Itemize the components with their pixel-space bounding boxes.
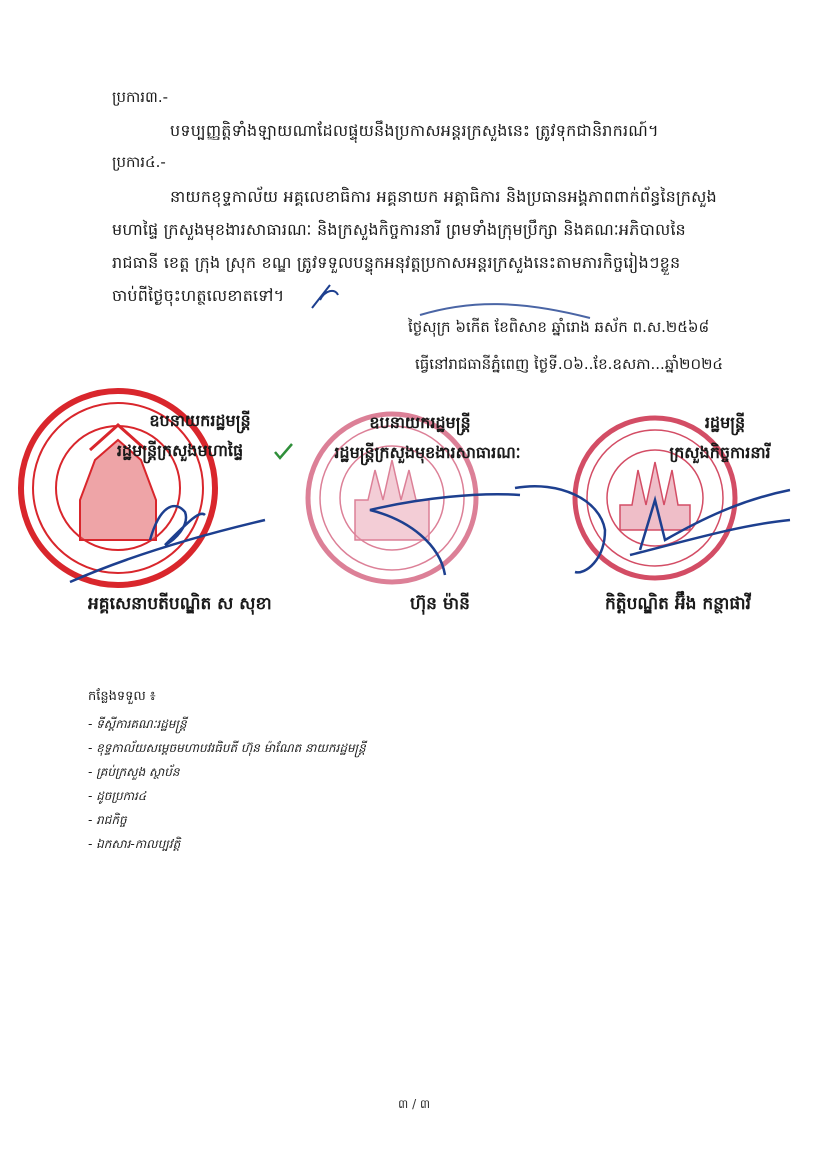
recipient-item: - រាជកិច្ច bbox=[88, 812, 127, 830]
lunar-date: ថ្ងៃសុក្រ ៦កើត ខែពិសាខ ឆ្នាំរោង ឆស័ក ព.ស… bbox=[408, 318, 709, 340]
recipient-item: - ទីស្តីការគណៈរដ្ឋមន្ត្រី bbox=[88, 716, 187, 734]
seals-and-signatures bbox=[0, 0, 827, 1170]
article-4-line-3: រាជធានី ខេត្ត ក្រុង ស្រុក ខណ្ឌ ត្រូវទទួល… bbox=[112, 252, 680, 276]
signing-date-place: ធ្វើនៅរាជធានីភ្នំពេញ ថ្ងៃទី.០៦..ខែ.ឧសភា.… bbox=[415, 355, 723, 377]
page-number: ៣ / ៣ bbox=[398, 1096, 430, 1114]
article-3-heading: ប្រការ៣.- bbox=[112, 88, 168, 110]
signatory-2-title-line-2: រដ្ឋមន្ត្រីក្រសួងមុខងារសាធារណៈ bbox=[305, 442, 550, 466]
signatory-2-name: ហ៊ុន ម៉ានី bbox=[410, 593, 470, 618]
initials-article-icon bbox=[312, 285, 338, 308]
signatory-1-name: អគ្គសេនាបតីបណ្ឌិត ស សុខា bbox=[88, 593, 272, 618]
signatory-2-title-line-1: ឧបនាយករដ្ឋមន្ត្រី bbox=[330, 412, 510, 436]
signatory-1-title-line-2: រដ្ឋមន្ត្រីក្រសួងមហាផ្ទៃ bbox=[80, 440, 280, 464]
article-4-line-1: នាយកខុទ្ទកាល័យ អគ្គលេខាធិការ អគ្គនាយក អគ… bbox=[170, 186, 717, 210]
article-4-line-2: មហាផ្ទៃ ក្រសួងមុខងារសាធារណៈ និងក្រសួងកិច… bbox=[112, 219, 686, 243]
signatory-3-title-line-1: រដ្ឋមន្ត្រី bbox=[650, 412, 800, 436]
signatory-3-name: កិត្តិបណ្ឌិត អ៊ឹង កន្ថាផាវី bbox=[605, 593, 751, 618]
recipients-heading: កន្លែងទទួល ៖ bbox=[88, 688, 156, 707]
article-4-line-4: ចាប់ពីថ្ងៃចុះហត្ថលេខាតទៅ។ bbox=[112, 285, 284, 309]
recipient-item: - ឯកសារ-កាលប្បវត្តិ bbox=[88, 836, 180, 854]
recipient-item: - ដូចប្រការ៤ bbox=[88, 788, 146, 806]
signature-2-icon bbox=[370, 486, 605, 575]
signature-1-icon bbox=[70, 506, 265, 582]
signatory-1-title-line-1: ឧបនាយករដ្ឋមន្ត្រី bbox=[100, 410, 300, 434]
recipient-item: - ខុទ្ទកាល័យសម្តេចមហាបវរធិបតី ហ៊ុន ម៉ាណែ… bbox=[88, 740, 366, 758]
article-3-text: បទប្បញ្ញត្តិទាំងឡាយណាដែលផ្ទុយនឹងប្រកាសអន… bbox=[170, 120, 659, 144]
seal-ministry-civil-service-icon bbox=[308, 414, 476, 582]
signatory-3-title-line-2: ក្រសួងកិច្ចការនារី bbox=[625, 442, 815, 466]
signature-3-icon bbox=[630, 490, 790, 555]
article-4-heading: ប្រការ៤.- bbox=[112, 153, 166, 175]
recipient-item: - គ្រប់ក្រសួង ស្ថាប័ន bbox=[88, 764, 179, 782]
date-initials-icon bbox=[420, 304, 590, 318]
